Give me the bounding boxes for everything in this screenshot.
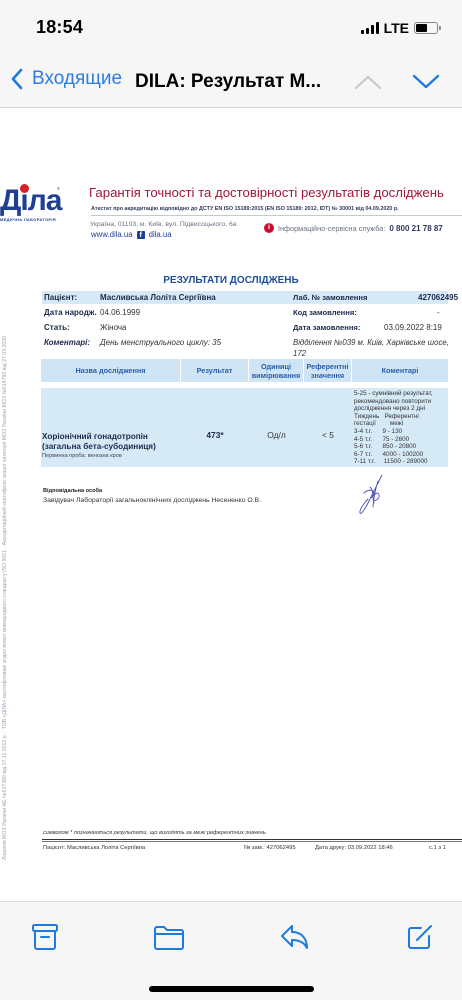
col-result: Результат: [181, 359, 249, 382]
message-title: DILA: Результат М...: [135, 71, 321, 93]
signature-image: [352, 473, 392, 518]
logo-registered: ®: [57, 186, 60, 191]
guarantee-heading: Гарантія точності та достовірності резул…: [89, 185, 444, 200]
footnote: символом * позначаються результати, що в…: [43, 830, 266, 836]
test-name: Хоріонічний гонадотропін (загальна бета-…: [42, 432, 181, 452]
license-side-notice: Ліцензія МОЗ України АЕ №637389 від 27.1…: [2, 260, 12, 860]
info-icon: i: [264, 223, 274, 233]
website-link[interactable]: www.dila.ua: [91, 230, 133, 239]
sex-row: Стать: Жіноча Дата замовлення: 03.09.202…: [42, 321, 448, 334]
footer-patient: Пацієнт: Масливська Лоліта Сергіївна: [43, 845, 145, 851]
footer-rule-thin: [42, 841, 462, 842]
sample-type: Первинна проба: венозна кров: [42, 453, 181, 459]
back-to-inbox-button[interactable]: Входящие: [10, 68, 122, 90]
results-title: РЕЗУЛЬТАТИ ДОСЛІДЖЕНЬ: [0, 275, 462, 286]
footer-page: с.1 з 1: [429, 845, 446, 851]
dob-value: 04.06.1999: [100, 308, 140, 317]
home-indicator[interactable]: [149, 986, 314, 992]
comments-value: День менструального циклу: 35: [100, 338, 221, 347]
footer-print-date: Дата друку: 03.09.2022 18:46: [315, 845, 393, 851]
license-text: Ліцензія МОЗ України АЕ №637389 від 27.1…: [2, 260, 8, 860]
folder-icon[interactable]: [153, 922, 185, 952]
back-label: Входящие: [32, 68, 122, 90]
facebook-link[interactable]: dila.ua: [149, 230, 172, 239]
result-value: 473*: [181, 388, 249, 467]
dila-logo: Діла ® МЕДИЧНА ЛАБОРАТОРІЯ: [0, 184, 60, 226]
col-test-name: Назва дослідження: [41, 359, 181, 382]
patient-name: Масливська Лоліта Сергіївна: [100, 293, 216, 302]
branch-line-1: Відділення №039 м. Київ, Харківське шосе…: [293, 338, 449, 347]
lab-address: Україна, 01103, м. Київ, вул. Підвисоцьк…: [90, 221, 237, 228]
mail-nav-bar: Входящие DILA: Результат М...: [0, 58, 462, 108]
info-service: i Інформаційно-сервісна служба: 0 800 21…: [264, 223, 443, 233]
order-code-label: Код замовлення:: [293, 308, 357, 317]
attestation-text: Атестат про акредитацію відповідно до ДС…: [91, 206, 399, 212]
logo-subtitle: МЕДИЧНА ЛАБОРАТОРІЯ: [0, 217, 56, 222]
info-label: Інформаційно-сервісна служба:: [278, 224, 385, 233]
patient-row: Пацієнт: Масливська Лоліта Сергіївна Лаб…: [42, 291, 448, 304]
reference-value: < 5: [304, 388, 352, 467]
results-table: Назва дослідження Результат Одиниці вимі…: [41, 359, 448, 467]
footer-rule: [42, 839, 462, 840]
website-line: www.dila.ua f dila.ua: [91, 230, 172, 239]
order-date-value: 03.09.2022 8:19: [384, 323, 442, 332]
sex-label: Стать:: [44, 323, 70, 332]
responsible-person: Завідувач Лабораторії загальноклінічних …: [43, 497, 261, 504]
lab-order-number: 427062495: [418, 293, 458, 302]
table-header: Назва дослідження Результат Одиниці вимі…: [41, 359, 448, 382]
reply-icon[interactable]: [279, 922, 311, 952]
table-row: Хоріонічний гонадотропін (загальна бета-…: [41, 388, 448, 467]
compose-icon[interactable]: [405, 922, 435, 952]
logo-dot: [20, 184, 29, 193]
dob-row: Дата народж. 04.06.1999 Код замовлення: …: [42, 306, 448, 319]
lab-report-document[interactable]: Ліцензія МОЗ України АЕ №637389 від 27.1…: [0, 108, 462, 891]
network-type: LTE: [384, 20, 409, 36]
info-phone[interactable]: 0 800 21 78 87: [389, 224, 442, 233]
mail-toolbar: [0, 901, 462, 1000]
col-reference: Референтні значення: [304, 359, 352, 382]
col-units: Одиниці вимірювання: [249, 359, 304, 382]
col-comments: Коментарі: [352, 359, 448, 382]
lab-order-label: Лаб. № замовлення: [293, 293, 367, 302]
sex-value: Жіноча: [100, 323, 126, 332]
chevron-left-icon: [10, 68, 24, 90]
facebook-icon: f: [137, 231, 145, 239]
branch-line-2: 172: [293, 349, 306, 358]
next-message-button[interactable]: [411, 72, 441, 92]
test-name-cell: Хоріонічний гонадотропін (загальна бета-…: [41, 388, 181, 467]
units-value: Од/л: [249, 388, 304, 467]
previous-message-button[interactable]: [353, 72, 383, 92]
responsible-label: Відповідальна особа: [43, 488, 102, 494]
comment-value: 5-25 - сумнівний результат, рекомендован…: [352, 388, 448, 467]
cellular-signal-icon: [361, 22, 379, 34]
status-indicators: LTE: [361, 20, 438, 36]
order-code-value: -: [437, 308, 440, 317]
patient-label: Пацієнт:: [44, 293, 77, 302]
order-date-label: Дата замовлення:: [293, 323, 360, 332]
header-divider: [91, 215, 462, 216]
battery-icon: [414, 22, 438, 34]
dob-label: Дата народж.: [44, 308, 97, 317]
status-bar: 18:54 LTE: [0, 0, 462, 58]
archive-icon[interactable]: [30, 922, 60, 952]
comments-label: Коментарі:: [44, 338, 90, 347]
status-time: 18:54: [36, 17, 83, 38]
logo-text: Діла: [0, 184, 61, 218]
footer-order: № зам.: 427062495: [244, 845, 296, 851]
